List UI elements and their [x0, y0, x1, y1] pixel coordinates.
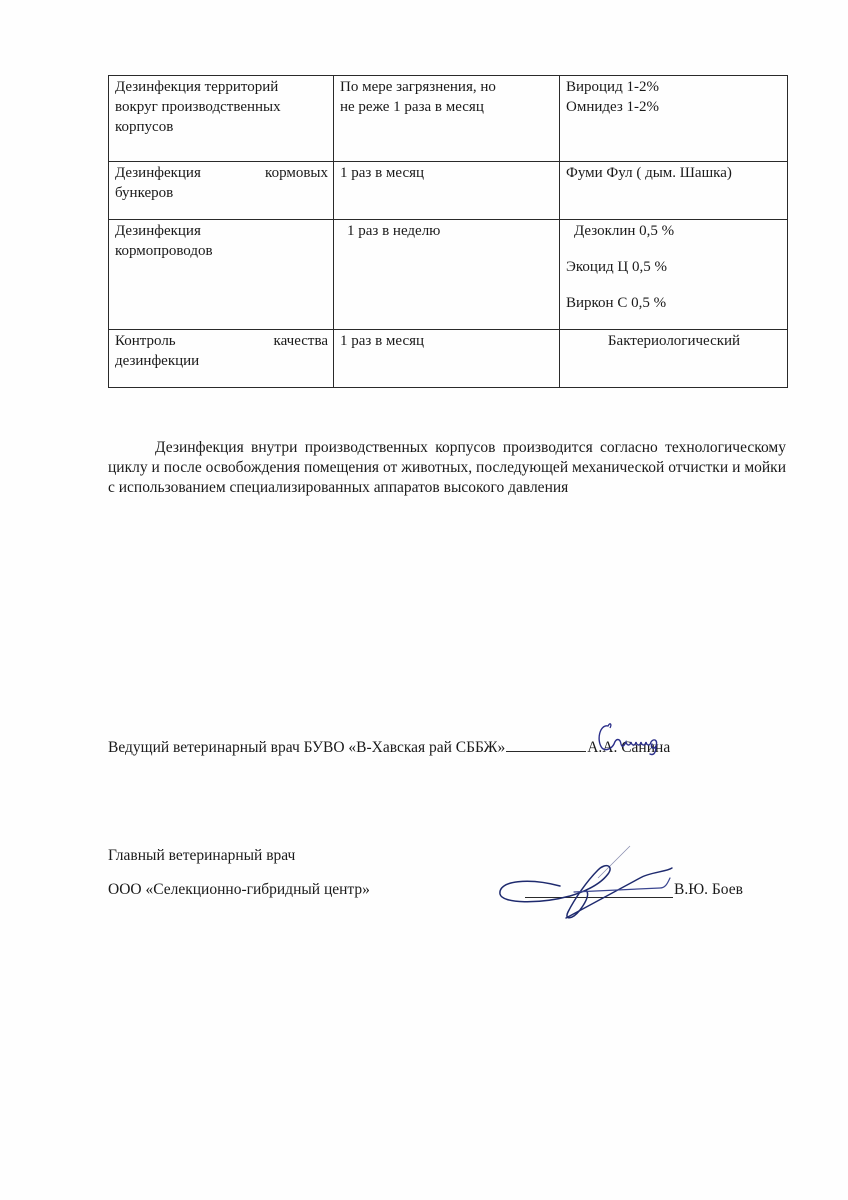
agents-cell: Бактериологический [560, 330, 788, 388]
signer-organization: ООО «Селекционно-гибридный центр» [108, 880, 370, 900]
measure-word: Контроль [115, 331, 176, 351]
handwritten-signature-icon [490, 838, 680, 928]
measure-text: Контроль качества [115, 331, 328, 351]
agent-text: Фуми Фул ( дым. Шашка) [566, 163, 782, 183]
signature-block-lead-vet: Ведущий ветеринарный врач БУВО «В-Хавска… [108, 735, 798, 759]
frequency-cell: 1 раз в неделю [334, 220, 560, 330]
measure-text: дезинфекции [115, 351, 328, 371]
frequency-text: 1 раз в месяц [340, 163, 554, 183]
signature-line [506, 735, 586, 752]
measure-word: качества [274, 331, 328, 351]
measure-text: бункеров [115, 183, 328, 203]
frequency-cell: 1 раз в месяц [334, 162, 560, 220]
measure-cell: Дезинфекция кормовых бункеров [109, 162, 334, 220]
measure-word: Дезинфекция [115, 163, 201, 183]
agent-text: Экоцид Ц 0,5 % [566, 257, 782, 277]
frequency-text: не реже 1 раза в месяц [340, 97, 554, 117]
table-row: Дезинфекция кормопроводов 1 раз в неделю… [109, 220, 788, 330]
signer-title: Главный ветеринарный врач [108, 846, 295, 866]
measure-cell: Контроль качества дезинфекции [109, 330, 334, 388]
handwritten-signature-icon [594, 718, 674, 758]
table-row: Контроль качества дезинфекции 1 раз в ме… [109, 330, 788, 388]
agents-cell: Вироцид 1-2% Омнидез 1-2% [560, 76, 788, 162]
frequency-text: По мере загрязнения, но [340, 77, 554, 97]
table-row: Дезинфекция кормовых бункеров 1 раз в ме… [109, 162, 788, 220]
agents-cell: Дезоклин 0,5 % Экоцид Ц 0,5 % Виркон С 0… [560, 220, 788, 330]
signer-title: Ведущий ветеринарный врач БУВО «В-Хавска… [108, 739, 505, 756]
frequency-cell: По мере загрязнения, но не реже 1 раза в… [334, 76, 560, 162]
agent-text: Виркон С 0,5 % [566, 293, 782, 313]
frequency-text: 1 раз в неделю [340, 221, 440, 241]
measure-text: Дезинфекция кормовых [115, 163, 328, 183]
measure-cell: Дезинфекция территорий вокруг производст… [109, 76, 334, 162]
measure-text: вокруг производственных [115, 97, 328, 117]
measure-text: кормопроводов [115, 241, 328, 261]
table-row: Дезинфекция территорий вокруг производст… [109, 76, 788, 162]
body-paragraph: Дезинфекция внутри производственных корп… [108, 438, 786, 498]
measure-cell: Дезинфекция кормопроводов [109, 220, 334, 330]
measure-text: Дезинфекция территорий [115, 77, 328, 97]
agents-cell: Фуми Фул ( дым. Шашка) [560, 162, 788, 220]
frequency-cell: 1 раз в месяц [334, 330, 560, 388]
disinfection-schedule-table: Дезинфекция территорий вокруг производст… [108, 75, 788, 388]
agent-text: Дезоклин 0,5 % [566, 221, 782, 241]
agent-text: Омнидез 1-2% [566, 97, 782, 117]
measure-word: кормовых [265, 163, 328, 183]
measure-text: корпусов [115, 117, 328, 137]
frequency-text: 1 раз в месяц [340, 331, 554, 351]
signer-name: В.Ю. Боев [674, 880, 743, 900]
agent-text: Вироцид 1-2% [566, 77, 782, 97]
agent-text: Бактериологический [566, 331, 782, 351]
document-page: Дезинфекция территорий вокруг производст… [0, 0, 848, 1200]
measure-text: Дезинфекция [115, 221, 328, 241]
